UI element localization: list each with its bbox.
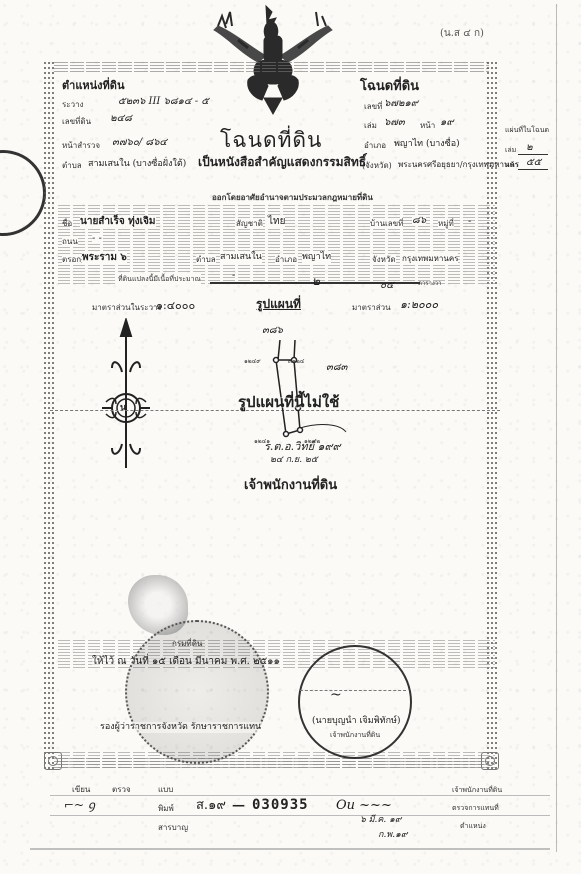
area-wa-value: ๐๕: [380, 280, 394, 291]
plan-title: รูปแผนที่: [256, 299, 301, 310]
parcel-number-label: เลขที่ดิน: [62, 116, 91, 127]
province-value: พระนครศรีอยุธยา/กรุงเทพมหานคร: [398, 159, 519, 170]
footer-acting-label: ตรวจการแทนที่: [452, 803, 499, 814]
margin-book-label: เล่ม: [505, 145, 516, 156]
footer-officer-label: เจ้าพนักงานที่ดิน: [452, 785, 502, 796]
sheet-edge: [30, 848, 550, 850]
owner-name-value: นายสำเร็จ ทุ่งเจิม: [80, 216, 156, 227]
owner-subdistrict-label: ตำบล: [196, 254, 216, 265]
seal-left-text: กรมที่ดิน: [172, 638, 202, 649]
corner-label: ๓๑๒๔: [288, 356, 304, 367]
footer-written-label: เขียน: [72, 784, 90, 795]
page-mark: (น.ส ๔ ก): [440, 28, 484, 39]
plan-scale-label: มาตราส่วน: [352, 302, 391, 313]
land-officer-title: เจ้าพนักงานที่ดิน: [244, 480, 337, 491]
underline: [518, 154, 548, 155]
area-rai-value: -: [232, 270, 235, 281]
area-ngan-value: ๒: [312, 276, 320, 287]
owner-district-label: อำเภอ: [275, 254, 297, 265]
village-label: หมู่ที่: [438, 218, 454, 229]
lane-value: พระราม ๖: [82, 252, 127, 263]
margin-page-label: หน้า: [505, 160, 518, 171]
subdistrict-value: สามเสนใน (บางซื่อฝั่งใต้): [88, 159, 186, 170]
map-scale-value: ๑:๔๐๐๐: [156, 300, 195, 311]
title-deed-heading: โฉนดที่ดิน: [360, 81, 419, 92]
form-code: ส.๑๙: [196, 800, 226, 811]
parcel-number-value: ๒๔๘: [110, 113, 132, 124]
owner-district-value: พญาไท: [302, 252, 331, 263]
owner-subdistrict-value: สามเสนใน: [220, 252, 262, 263]
parcel-label-east: ๓๘๓: [326, 362, 347, 373]
area-unit-note: ตารางวา: [418, 278, 442, 289]
seal-divider: [300, 690, 406, 691]
book-page-value: ๑๙: [440, 117, 454, 128]
subdistrict-label: ตำบล: [62, 160, 82, 171]
footer-right-date: ๖ มี.ค. ๑๙: [360, 815, 401, 826]
area-label: ที่ดินแปลงนี้มีเนื้อที่ประมาณ: [118, 274, 201, 285]
village-value: -: [468, 216, 471, 227]
house-number-label: บ้านเลขที่: [370, 218, 403, 229]
deed-subtitle: เป็นหนังสือสำคัญแสดงกรรมสิทธิ์: [198, 157, 366, 168]
plan-scale-value: ๑:๒๐๐๐: [400, 299, 438, 310]
owner-province-value: กรุงเทพมหานคร: [402, 253, 458, 264]
footer-guilloche-band: [58, 752, 495, 770]
plan-signature: ร.ต.อ.วิทย์ ๑๙๙: [264, 441, 341, 452]
footer-index-label: สารบาญ: [158, 822, 188, 833]
footer-checked-label: ตรวจ: [112, 784, 131, 795]
margin-page-value: ๕๕: [526, 157, 541, 168]
survey-page-value: ๓๗๖๐/ ๘๖๔: [112, 137, 167, 148]
district-value: พญาไท (บางซื่อ): [394, 139, 460, 150]
deed-title: โฉนดที่ดิน: [220, 128, 322, 152]
corner-label: ๑๒๔๙: [244, 356, 261, 367]
plan-cancelled-note: รูปแผนที่นี้ไม่ใช้: [238, 397, 339, 408]
frame-left-border: [44, 62, 56, 770]
scanned-page: (น.ส ๔ ก) ตำแหน่งที่ดิน ระวาง ๕๒๓๖ III ๖…: [0, 0, 581, 874]
footer-position-label: ตำแหน่ง: [460, 821, 486, 832]
house-number-value: ๘๖: [412, 215, 426, 226]
book-value: ๖๗๓: [384, 117, 405, 128]
official-seal-right: [298, 645, 412, 759]
owner-name-label: ชื่อ: [62, 218, 72, 229]
footer-signature-left: ⌐~ ꝯ: [64, 800, 95, 811]
underline: [518, 169, 548, 170]
book-page-label: หน้า: [420, 120, 435, 131]
nationality-value: ไทย: [268, 216, 285, 227]
frame-top-border: [54, 62, 489, 74]
margin-note-title: แผ่นที่ในโฉนด: [505, 125, 549, 136]
footer-signature-right: Ou ~~~: [336, 800, 392, 811]
issued-under-text: ออกโดยอาศัยอำนาจตามประมวลกฎหมายที่ดิน: [212, 192, 373, 203]
deed-number-label: เลขที่: [364, 101, 382, 112]
seal-right-sub: เจ้าพนักงานที่ดิน: [330, 730, 380, 741]
parcel-label-north: ๓๘๖: [262, 325, 283, 336]
province-label: (จังหวัด): [362, 160, 392, 171]
road-label: ถนน: [62, 236, 78, 247]
margin-book-value: ๒: [526, 142, 533, 153]
compass-north-label: น: [120, 403, 126, 414]
north-compass-icon: [98, 318, 154, 478]
owner-province-label: จังหวัด: [372, 254, 396, 265]
seal-right-name: (นายบุญนำ เจิมพิทักษ์): [312, 716, 400, 727]
land-location-heading: ตำแหน่งที่ดิน: [62, 80, 124, 91]
footer-print-label: พิมพ์: [158, 803, 174, 814]
map-sheet-label: ระวาง: [62, 99, 83, 110]
survey-page-label: หน้าสำรวจ: [62, 140, 100, 151]
footer-rule: [50, 815, 550, 816]
deed-number-value: ๖๗๒๑๙: [384, 98, 418, 109]
serial-dash: —: [232, 800, 245, 811]
serial-number: 030935: [252, 800, 309, 811]
district-label: อำเภอ: [364, 140, 386, 151]
plan-signature-date: ๒๔ ก.ย. ๒๕: [270, 455, 318, 466]
lane-label: ตรอก: [62, 254, 81, 265]
nationality-label: สัญชาติ: [236, 218, 263, 229]
book-label: เล่ม: [364, 120, 377, 131]
footer-right-note: ก.พ.๑๙: [378, 830, 407, 841]
seal-signature: ~: [330, 690, 342, 701]
map-scale-label: มาตราส่วนในระวาง: [92, 302, 161, 313]
governor-line: รองผู้ว่าราชการจังหวัด รักษาราชการแทน: [100, 722, 261, 733]
road-value: - -: [92, 233, 102, 244]
footer-form-label: แบบ: [158, 784, 173, 795]
map-sheet-value: ๕๒๓๖ III ๖๘๑๔ - ๕: [118, 96, 209, 107]
